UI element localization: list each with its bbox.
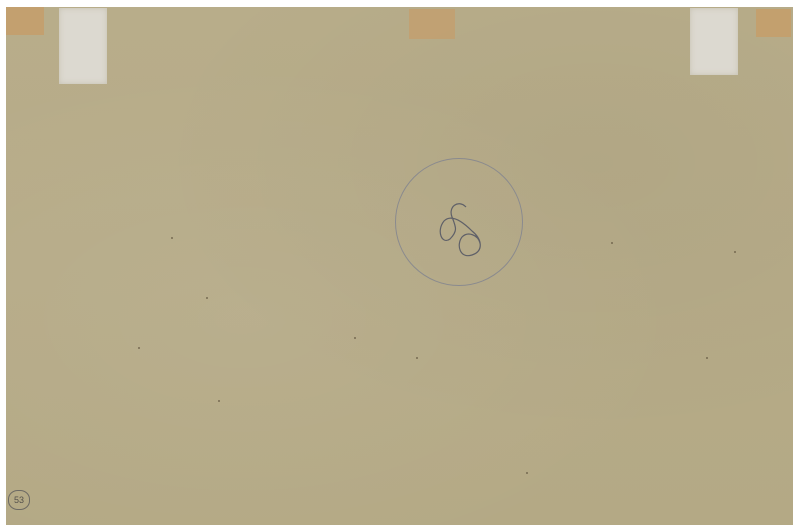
tape-white-top-left: [59, 8, 107, 84]
tape-brown-top-right: [756, 9, 791, 37]
paper-speck: [138, 347, 140, 349]
paper-speck: [526, 472, 528, 474]
paper-speck: [354, 337, 356, 339]
inventory-number-stamp: 53: [8, 490, 30, 510]
paper-speck: [611, 242, 613, 244]
tape-white-top-right: [690, 8, 738, 75]
paper-speck: [706, 357, 708, 359]
tape-brown-top-left: [6, 7, 44, 35]
paper-speck: [206, 297, 208, 299]
pencil-circle: [395, 158, 523, 286]
paper-speck: [171, 237, 173, 239]
tape-brown-top-center: [409, 9, 455, 39]
paper-speck: [734, 251, 736, 253]
paper-speck: [218, 400, 220, 402]
paper-speck: [416, 357, 418, 359]
pencil-number-mark: [396, 159, 522, 285]
